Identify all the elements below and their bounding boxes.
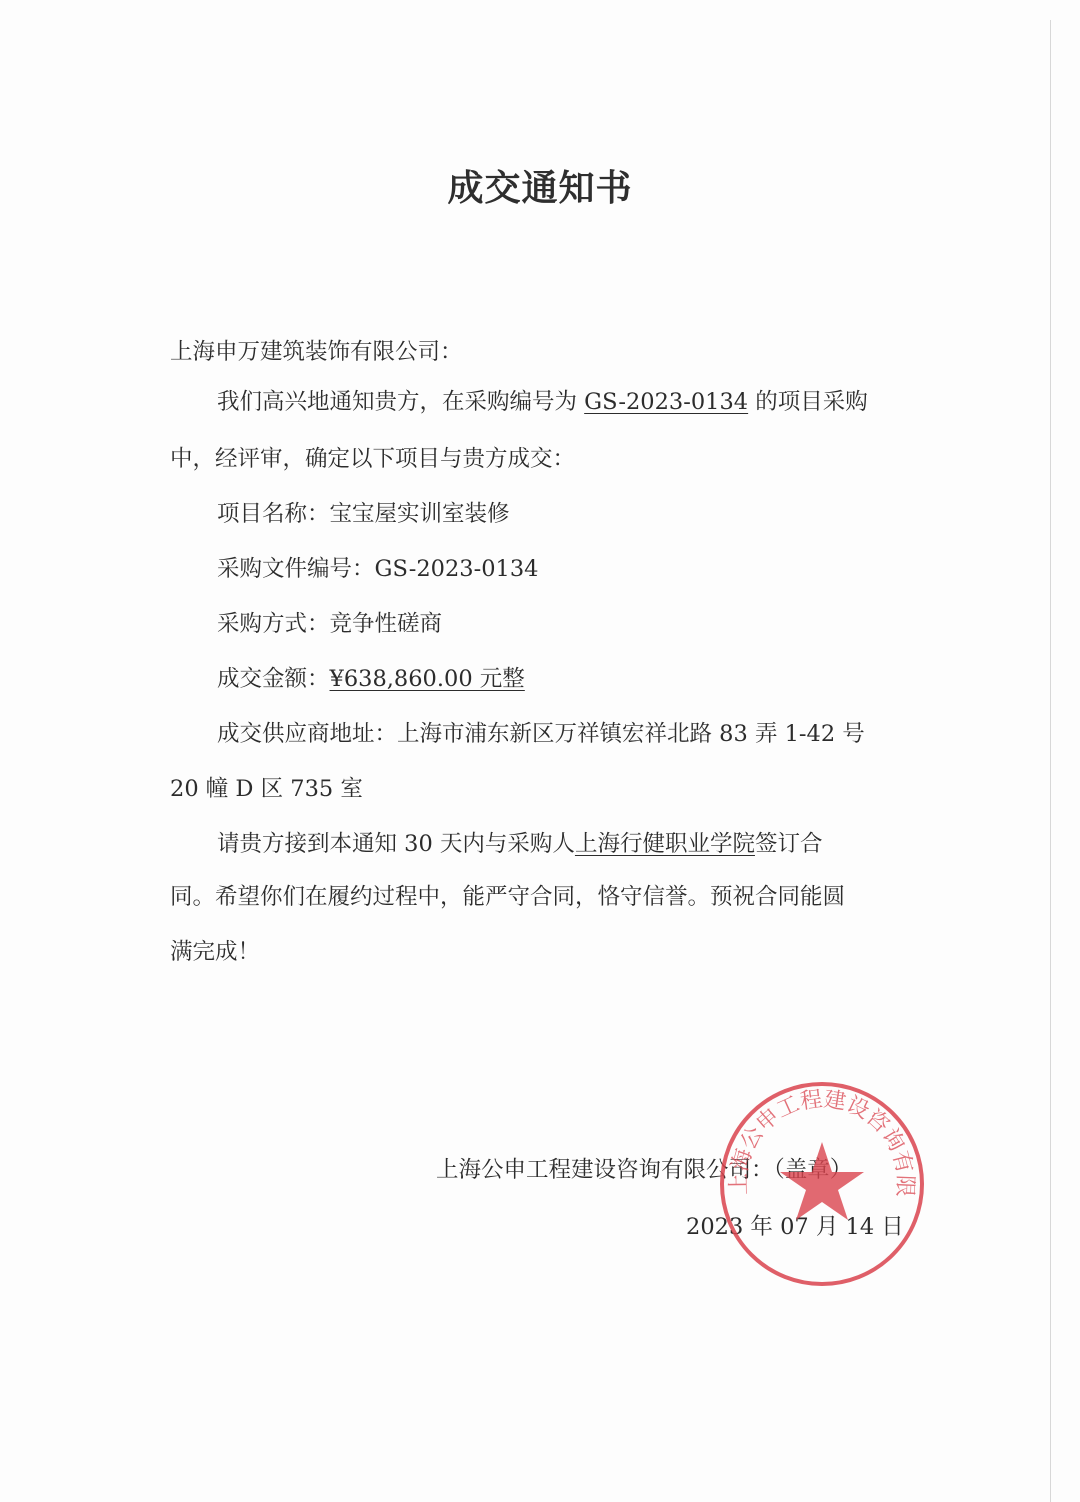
field-file-number: 采购文件编号：GS-2023-0134 xyxy=(217,558,538,581)
signer: 上海公申工程建设咨询有限公司：（盖章） xyxy=(436,1159,852,1182)
intro-paragraph-line2: 中，经评审，确定以下项目与贵方成交： xyxy=(170,448,575,471)
intro-before: 我们高兴地通知贵方，在采购编号为 xyxy=(217,389,577,415)
closing-before: 请贵方接到本通知 30 天内与采购人 xyxy=(217,831,575,857)
file-number-value: GS-2023-0134 xyxy=(375,556,539,582)
company-seal-icon: 上海公申工程建设咨询有限公司 xyxy=(718,1080,926,1288)
field-amount: 成交金额：¥638,860.00 元整 xyxy=(217,668,525,691)
address-line1: 上海市浦东新区万祥镇宏祥北路 83 弄 1-42 号 xyxy=(397,721,865,747)
file-number-label: 采购文件编号： xyxy=(217,556,375,582)
address-line2: 20 幢 D 区 735 室 xyxy=(170,778,363,801)
method-value: 竞争性磋商 xyxy=(330,611,443,637)
method-label: 采购方式： xyxy=(217,611,330,637)
closing-line2: 同。希望你们在履约过程中，能严守合同，恪守信誉。预祝合同能圆 xyxy=(170,886,845,909)
project-name-value: 宝宝屋实训室装修 xyxy=(330,501,510,527)
recipient: 上海申万建筑装饰有限公司： xyxy=(170,341,463,364)
amount-label: 成交金额： xyxy=(217,666,330,692)
field-address: 成交供应商地址：上海市浦东新区万祥镇宏祥北路 83 弄 1-42 号 xyxy=(217,723,865,746)
intro-after: 的项目采购 xyxy=(755,389,868,415)
field-project-name: 项目名称：宝宝屋实训室装修 xyxy=(217,503,510,526)
intro-paragraph-line1: 我们高兴地通知贵方，在采购编号为 GS-2023-0134 的项目采购 xyxy=(217,391,868,414)
document-title: 成交通知书 xyxy=(0,160,1080,211)
purchaser-name: 上海行健职业学院 xyxy=(575,831,755,857)
project-name-label: 项目名称： xyxy=(217,501,330,527)
issue-date: 2023 年 07 月 14 日 xyxy=(686,1216,904,1239)
page-edge-line xyxy=(1050,20,1051,1502)
address-label: 成交供应商地址： xyxy=(217,721,397,747)
amount-value: ¥638,860.00 元整 xyxy=(330,666,525,692)
closing-after: 签订合 xyxy=(755,831,823,857)
closing-line3: 满完成！ xyxy=(170,941,260,964)
closing-line1: 请贵方接到本通知 30 天内与采购人上海行健职业学院签订合 xyxy=(217,833,822,856)
procurement-number: GS-2023-0134 xyxy=(584,389,748,415)
field-procurement-method: 采购方式：竞争性磋商 xyxy=(217,613,442,636)
